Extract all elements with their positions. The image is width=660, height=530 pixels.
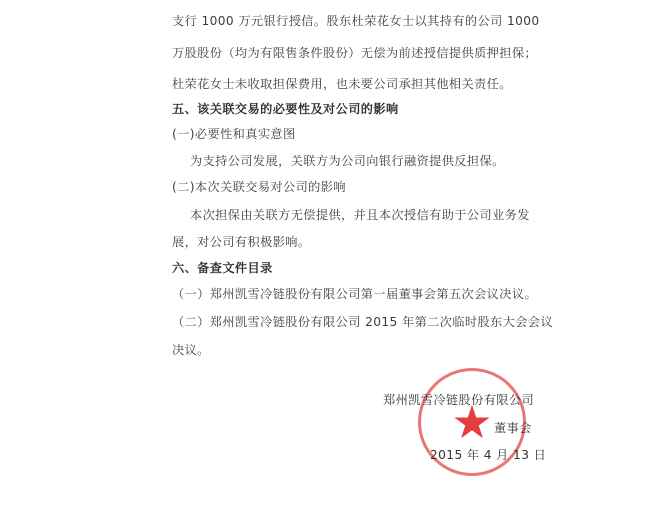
paragraph-line-3: 杜荣花女士未收取担保费用，也未要公司承担其他相关责任。 bbox=[172, 75, 512, 92]
reference-item-2-cont: 决议。 bbox=[172, 341, 210, 358]
section-5-sub1-body: 为支持公司发展，关联方为公司向银行融资提供反担保。 bbox=[190, 152, 505, 169]
signature-date: 2015 年 4 月 13 日 bbox=[430, 446, 546, 463]
section-5-sub2-title: (二)本次关联交易对公司的影响 bbox=[172, 178, 346, 195]
signature-board: 董事会 bbox=[494, 419, 532, 436]
section-5-sub2-body-2: 展，对公司有积极影响。 bbox=[172, 233, 310, 250]
section-5-sub1-title: (一)必要性和真实意图 bbox=[172, 125, 296, 142]
paragraph-line-2: 万股股份（均为有限售条件股份）无偿为前述授信提供质押担保； bbox=[172, 44, 537, 61]
section-5-heading: 五、该关联交易的必要性及对公司的影响 bbox=[172, 100, 399, 117]
reference-item-2: （二）郑州凯雪冷链股份有限公司 2015 年第二次临时股东大会会议 bbox=[172, 313, 553, 330]
section-6-heading: 六、备查文件目录 bbox=[172, 259, 273, 276]
section-5-sub2-body-1: 本次担保由关联方无偿提供，并且本次授信有助于公司业务发 bbox=[190, 206, 530, 223]
document-page: 支行 1000 万元银行授信。股东杜荣花女士以其持有的公司 1000 万股股份（… bbox=[0, 0, 660, 530]
reference-item-1: （一）郑州凯雪冷链股份有限公司第一届董事会第五次会议决议。 bbox=[172, 285, 537, 302]
paragraph-line-1: 支行 1000 万元银行授信。股东杜荣花女士以其持有的公司 1000 bbox=[172, 12, 540, 29]
signature-company: 郑州凯雪冷链股份有限公司 bbox=[383, 391, 534, 408]
